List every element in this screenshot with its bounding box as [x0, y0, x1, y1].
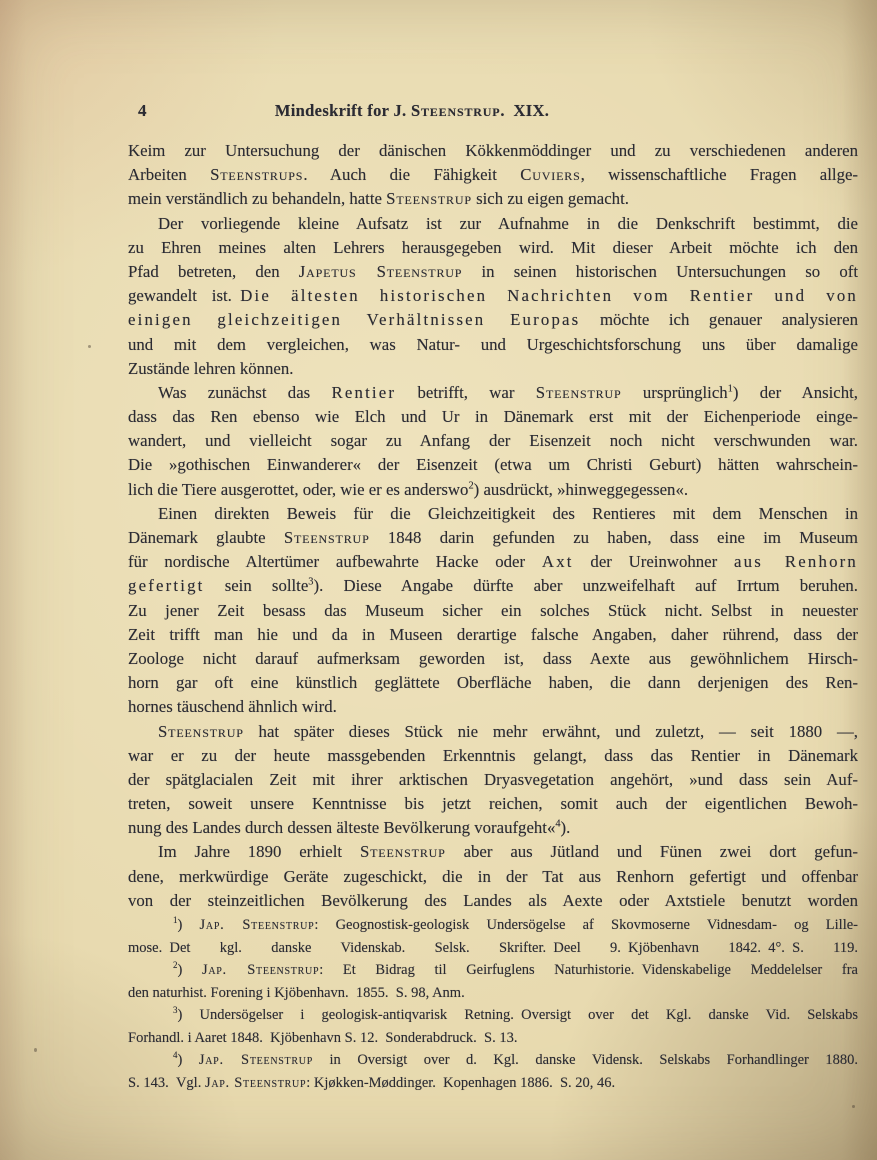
- text-line: Zoologe nicht darauf aufmerksam geworden…: [128, 647, 858, 671]
- page-number: 4: [138, 101, 147, 121]
- text-segment: Dänemark glaubte: [128, 528, 284, 547]
- text-line: den naturhist. Forening i Kjöbenhavn. 18…: [128, 982, 858, 1005]
- small-caps-name: Steenstrup: [284, 528, 370, 547]
- text-line: Keim zur Untersuchung der dänischen Kökk…: [128, 139, 858, 163]
- letterspaced-emphasis: aus Renhorn: [734, 552, 858, 571]
- text-line: einigen gleichzeitigen Verhältnissen Eur…: [128, 308, 858, 332]
- text-segment: der Ureinwohner: [574, 552, 734, 571]
- letterspaced-emphasis: Rentier: [332, 383, 397, 402]
- text-line: der spätglacialen Zeit mit ihrer arktisc…: [128, 768, 858, 792]
- text-line: mein verständlich zu behandeln, hatte St…: [128, 187, 858, 211]
- paragraph: Der vorliegende kleine Aufsatz ist zur A…: [128, 212, 858, 381]
- text-line: lich die Tiere ausgerottet, oder, wie er…: [128, 478, 858, 502]
- paper-speck: [852, 1105, 855, 1108]
- text-segment: . XIX.: [500, 101, 549, 120]
- text-segment: ) Undersögelser i geologisk-antiqvarisk …: [178, 1007, 859, 1023]
- text-segment: . Auch die Fähigkeit: [303, 165, 520, 184]
- text-segment: hat später dieses Stück nie mehr erwähnt…: [244, 722, 858, 741]
- paragraph: Im Jahre 1890 erhielt Steenstrup aber au…: [128, 840, 858, 913]
- text-segment: Keim zur Untersuchung der dänischen Kökk…: [128, 141, 858, 160]
- text-line: horn gar oft eine künstlich geglättete O…: [128, 671, 858, 695]
- text-segment: dass das Ren ebenso wie Elch und Ur in D…: [128, 407, 858, 426]
- text-line: S. 143. Vgl. Jap. Steenstrup: Kjøkken-Mø…: [128, 1072, 858, 1095]
- text-segment: Zeit trifft man hie und da in Museen der…: [128, 625, 858, 644]
- text-segment: möchte ich genauer analysieren: [580, 310, 858, 329]
- text-line: 1) Jap. Steenstrup: Geognostisk-geologis…: [128, 914, 858, 937]
- text-segment: Was zunächst das: [158, 383, 332, 402]
- text-segment: treten, soweit unsere Kenntnisse bis jet…: [128, 794, 858, 813]
- text-segment: ).: [561, 818, 571, 837]
- text-segment: der spätglacialen Zeit mit ihrer arktisc…: [128, 770, 858, 789]
- text-segment: , wissenschaftliche Fragen allge-: [581, 165, 858, 184]
- text-segment: : Et Bidrag til Geirfuglens Naturhistori…: [319, 962, 858, 978]
- text-segment: gewandelt ist.: [128, 286, 240, 305]
- text-segment: Die »gothischen Einwanderer« der Eisenze…: [128, 455, 858, 474]
- text-segment: Mindeskrift for J.: [275, 101, 411, 120]
- letterspaced-emphasis: einigen gleichzeitigen Verhältnissen Eur…: [128, 310, 580, 329]
- text-line: Zustände lehren können.: [128, 357, 858, 381]
- text-segment: nung des Landes durch dessen älteste Bev…: [128, 818, 555, 837]
- text-segment: horn gar oft eine künstlich geglättete O…: [128, 673, 858, 692]
- small-caps-name: Steenstrup: [360, 842, 446, 861]
- text-line: nung des Landes durch dessen älteste Bev…: [128, 816, 858, 840]
- text-line: Arbeiten Steenstrups. Auch die Fähigkeit…: [128, 163, 858, 187]
- text-line: zu Ehren meines alten Lehrers herausgege…: [128, 236, 858, 260]
- text-segment: ) der Ansicht,: [733, 383, 858, 402]
- body-text: Keim zur Untersuchung der dänischen Kökk…: [128, 139, 858, 913]
- text-segment: 1848 darin gefunden zu haben, dass eine …: [370, 528, 858, 547]
- paragraph: Keim zur Untersuchung der dänischen Kökk…: [128, 139, 858, 212]
- paragraph: 3) Undersögelser i geologisk-antiqvarisk…: [128, 1004, 858, 1049]
- text-line: 4) Jap. Steenstrup in Oversigt over d. K…: [128, 1049, 858, 1072]
- text-line: hornes täuschend ähnlich wird.: [128, 695, 858, 719]
- text-line: Pfad betreten, den Japetus Steenstrup in…: [128, 260, 858, 284]
- text-segment: zu Ehren meines alten Lehrers herausgege…: [128, 238, 858, 257]
- text-segment: lich die Tiere ausgerottet, oder, wie er…: [128, 480, 468, 499]
- text-segment: sich zu eigen gemacht.: [472, 189, 629, 208]
- text-segment: Der vorliegende kleine Aufsatz ist zur A…: [158, 214, 858, 233]
- paper-speck: [34, 1048, 37, 1052]
- small-caps-name: Steenstrup: [386, 189, 472, 208]
- small-caps-name: Cuviers: [520, 165, 580, 184]
- book-page-scan: 4 Mindeskrift for J. Steenstrup. XIX. Ke…: [0, 0, 877, 1160]
- paragraph: Einen direkten Beweis für die Gleichzeit…: [128, 502, 858, 720]
- running-title: Mindeskrift for J. Steenstrup. XIX.: [275, 101, 549, 121]
- text-line: mose. Det kgl. danske Videnskab. Selsk. …: [128, 937, 858, 960]
- text-segment: dene, merkwürdige Geräte zugeschickt, di…: [128, 867, 858, 886]
- letterspaced-emphasis: Axt: [542, 552, 574, 571]
- text-line: Was zunächst das Rentier betrifft, war S…: [128, 381, 858, 405]
- text-segment: ): [178, 917, 200, 933]
- text-line: Der vorliegende kleine Aufsatz ist zur A…: [128, 212, 858, 236]
- text-segment: : Kjøkken-Møddinger. Kopenhagen 1886. S.…: [306, 1075, 615, 1091]
- text-line: von der steinzeitlichen Bevölkerung des …: [128, 889, 858, 913]
- small-caps-name: Steenstrup: [158, 722, 244, 741]
- text-segment: hornes täuschend ähnlich wird.: [128, 697, 337, 716]
- text-segment: ): [178, 1052, 199, 1068]
- text-segment: Zustände lehren können.: [128, 359, 293, 378]
- text-segment: S. 143. Vgl.: [128, 1075, 205, 1091]
- text-segment: ) ausdrückt, »hinweggegessen«.: [474, 480, 688, 499]
- text-line: für nordische Altertümer aufbewahrte Hac…: [128, 550, 858, 574]
- paragraph: 1) Jap. Steenstrup: Geognostisk-geologis…: [128, 914, 858, 959]
- text-line: Dänemark glaubte Steenstrup 1848 darin g…: [128, 526, 858, 550]
- text-segment: : Geognostisk-geologisk Undersögelse af …: [314, 917, 858, 933]
- text-segment: war er zu der heute massgebenden Erkennt…: [128, 746, 858, 765]
- paper-speck: [88, 345, 91, 348]
- text-segment: ursprünglich: [622, 383, 728, 402]
- text-segment: in seinen historischen Untersuchungen so…: [462, 262, 858, 281]
- text-segment: aber aus Jütland und Fünen zwei dort gef…: [446, 842, 858, 861]
- text-line: Zeit trifft man hie und da in Museen der…: [128, 623, 858, 647]
- text-line: treten, soweit unsere Kenntnisse bis jet…: [128, 792, 858, 816]
- text-line: Steenstrup hat später dieses Stück nie m…: [128, 720, 858, 744]
- small-caps-name: Steenstrup: [536, 383, 622, 402]
- text-segment: in Oversigt over d. Kgl. danske Vidensk.…: [313, 1052, 858, 1068]
- small-caps-name: Jap. Steenstrup: [205, 1075, 306, 1091]
- text-segment: Einen direkten Beweis für die Gleichzeit…: [158, 504, 858, 523]
- footnotes: 1) Jap. Steenstrup: Geognostisk-geologis…: [128, 914, 858, 1094]
- small-caps-name: Steenstrup: [411, 101, 500, 120]
- text-line: und mit dem vergleichen, was Natur- und …: [128, 333, 858, 357]
- small-caps-name: Steenstrups: [210, 165, 303, 184]
- text-segment: ): [178, 962, 202, 978]
- text-segment: Im Jahre 1890 erhielt: [158, 842, 360, 861]
- paragraph: Steenstrup hat später dieses Stück nie m…: [128, 720, 858, 841]
- small-caps-name: Jap. Steenstrup: [200, 917, 315, 933]
- letterspaced-emphasis: gefertigt: [128, 576, 205, 595]
- text-segment: von der steinzeitlichen Bevölkerung des …: [128, 891, 858, 910]
- text-line: wandert, und vielleicht sogar zu Anfang …: [128, 429, 858, 453]
- small-caps-name: Jap. Steenstrup: [202, 962, 319, 978]
- text-line: gewandelt ist. Die ältesten historischen…: [128, 284, 858, 308]
- text-segment: ). Diese Angabe dürfte aber unzweifelhaf…: [313, 576, 858, 595]
- text-segment: Forhandl. i Aaret 1848. Kjöbenhavn S. 12…: [128, 1030, 517, 1046]
- paragraph: 4) Jap. Steenstrup in Oversigt over d. K…: [128, 1049, 858, 1094]
- paragraph: 2) Jap. Steenstrup: Et Bidrag til Geirfu…: [128, 959, 858, 1004]
- text-segment: Pfad betreten, den: [128, 262, 299, 281]
- text-segment: wandert, und vielleicht sogar zu Anfang …: [128, 431, 858, 450]
- text-segment: und mit dem vergleichen, was Natur- und …: [128, 335, 858, 354]
- text-segment: betrifft, war: [396, 383, 536, 402]
- text-line: dass das Ren ebenso wie Elch und Ur in D…: [128, 405, 858, 429]
- text-line: Im Jahre 1890 erhielt Steenstrup aber au…: [128, 840, 858, 864]
- small-caps-name: Japetus Steenstrup: [299, 262, 463, 281]
- text-line: Zu jener Zeit besass das Museum sicher e…: [128, 599, 858, 623]
- text-line: gefertigt sein sollte3). Diese Angabe dü…: [128, 574, 858, 598]
- text-segment: mein verständlich zu behandeln, hatte: [128, 189, 386, 208]
- letterspaced-emphasis: Die ältesten historischen Nachrichten vo…: [240, 286, 858, 305]
- text-segment: den naturhist. Forening i Kjöbenhavn. 18…: [128, 985, 465, 1001]
- text-line: Einen direkten Beweis für die Gleichzeit…: [128, 502, 858, 526]
- text-segment: Arbeiten: [128, 165, 210, 184]
- text-segment: Zu jener Zeit besass das Museum sicher e…: [128, 601, 858, 620]
- small-caps-name: Jap. Steenstrup: [199, 1052, 313, 1068]
- text-segment: für nordische Altertümer aufbewahrte Hac…: [128, 552, 542, 571]
- text-line: dene, merkwürdige Geräte zugeschickt, di…: [128, 865, 858, 889]
- paragraph: Was zunächst das Rentier betrifft, war S…: [128, 381, 858, 502]
- text-segment: Zoologe nicht darauf aufmerksam geworden…: [128, 649, 858, 668]
- text-line: Forhandl. i Aaret 1848. Kjöbenhavn S. 12…: [128, 1027, 858, 1050]
- text-line: 2) Jap. Steenstrup: Et Bidrag til Geirfu…: [128, 959, 858, 982]
- text-line: 3) Undersögelser i geologisk-antiqvarisk…: [128, 1004, 858, 1027]
- text-segment: sein sollte: [205, 576, 309, 595]
- text-line: Die »gothischen Einwanderer« der Eisenze…: [128, 453, 858, 477]
- text-line: war er zu der heute massgebenden Erkennt…: [128, 744, 858, 768]
- text-segment: mose. Det kgl. danske Videnskab. Selsk. …: [128, 940, 858, 956]
